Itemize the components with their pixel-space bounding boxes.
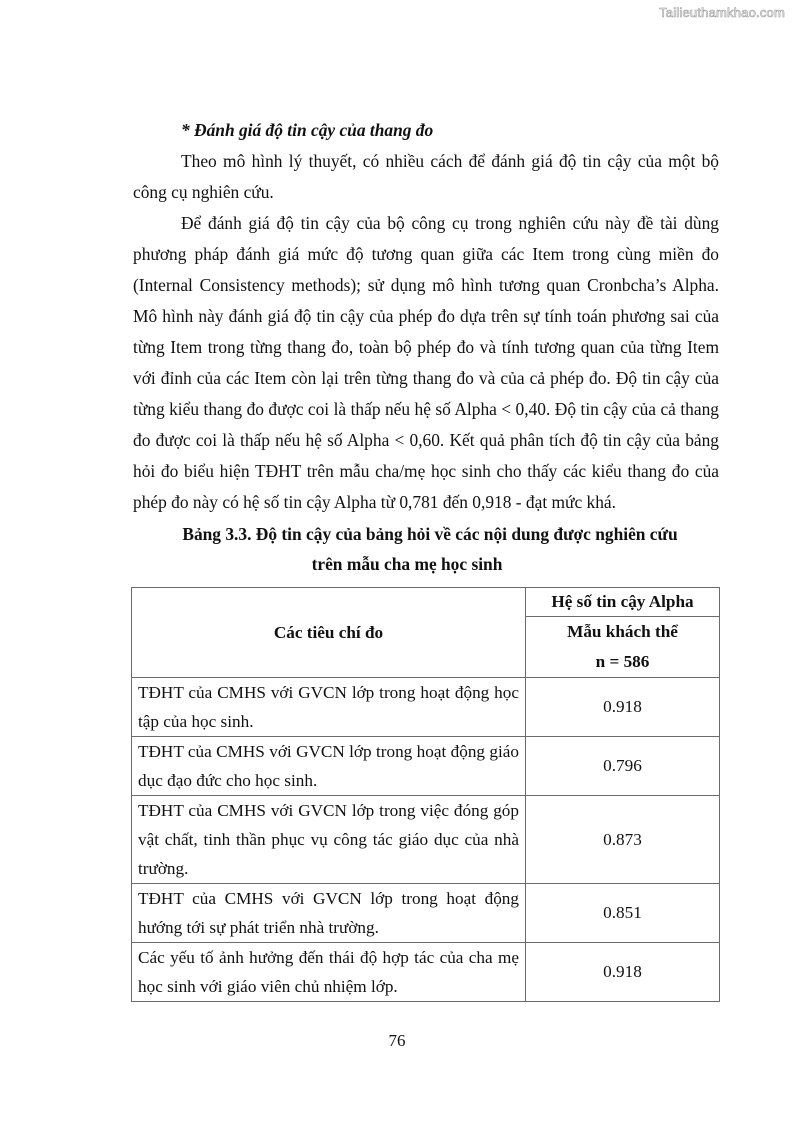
alpha-column-header: Hệ số tin cậy Alpha [526,588,720,617]
criteria-column-header: Các tiêu chí đo [132,588,526,678]
alpha-value-cell: 0.918 [526,943,720,1002]
section-heading: * Đánh giá độ tin cậy của thang đo [181,115,433,146]
alpha-value-cell: 0.918 [526,678,720,737]
page-number: 76 [0,1031,794,1051]
sample-column-header: Mẫu khách thể n = 586 [526,617,720,678]
table-row: TĐHT của CMHS với GVCN lớp trong hoạt độ… [132,678,720,737]
paragraph: Theo mô hình lý thuyết, có nhiều cách để… [133,146,719,208]
body-text: Theo mô hình lý thuyết, có nhiều cách để… [133,146,719,518]
criteria-cell: TĐHT của CMHS với GVCN lớp trong hoạt độ… [132,737,526,796]
paragraph: Để đánh giá độ tin cậy của bộ công cụ tr… [133,208,719,518]
table-row: Các yếu tố ảnh hưởng đến thái độ hợp tác… [132,943,720,1002]
sample-size: n = 586 [532,647,713,677]
alpha-value-cell: 0.851 [526,884,720,943]
table-caption: Bảng 3.3. Độ tin cậy của bảng hỏi về các… [133,519,777,579]
criteria-cell: TĐHT của CMHS với GVCN lớp trong hoạt độ… [132,678,526,737]
table-header-row: Các tiêu chí đo Hệ số tin cậy Alpha [132,588,720,617]
criteria-cell: TĐHT của CMHS với GVCN lớp trong hoạt độ… [132,884,526,943]
table-caption-line: Bảng 3.3. Độ tin cậy của bảng hỏi về các… [83,519,777,549]
table-row: TĐHT của CMHS với GVCN lớp trong hoạt độ… [132,884,720,943]
table-caption-line: trên mẫu cha mẹ học sinh [37,549,777,579]
table-row: TĐHT của CMHS với GVCN lớp trong hoạt độ… [132,737,720,796]
criteria-cell: TĐHT của CMHS với GVCN lớp trong việc đó… [132,796,526,884]
reliability-table: Các tiêu chí đo Hệ số tin cậy Alpha Mẫu … [131,587,720,1002]
criteria-cell: Các yếu tố ảnh hưởng đến thái độ hợp tác… [132,943,526,1002]
watermark: Tailieuthamkhao.com [659,5,785,20]
table-row: TĐHT của CMHS với GVCN lớp trong việc đó… [132,796,720,884]
alpha-value-cell: 0.796 [526,737,720,796]
sample-label: Mẫu khách thể [532,617,713,647]
alpha-value-cell: 0.873 [526,796,720,884]
